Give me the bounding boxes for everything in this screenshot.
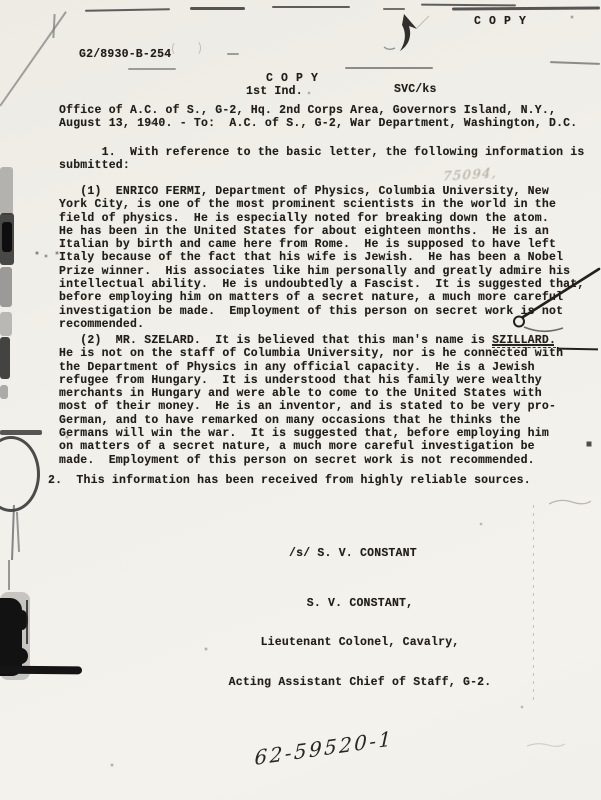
scuff-squiggle <box>548 496 592 508</box>
scan-speckles <box>0 0 2 2</box>
scuff-arc <box>172 41 183 56</box>
file-number: G2/8930-B-254 <box>79 48 171 61</box>
edge-stain <box>0 312 12 336</box>
pen-check-mark <box>382 10 430 58</box>
punch-ring-mark <box>0 436 40 512</box>
scan-streak <box>128 68 176 70</box>
edge-stain <box>0 267 12 307</box>
scuff-arc <box>190 40 201 56</box>
scan-streak <box>345 67 433 69</box>
signature-title: Acting Assistant Chief of Staff, G-2. <box>210 676 510 689</box>
pencil-annotation: 75094, <box>443 166 498 185</box>
edge-stain <box>0 337 10 379</box>
closing-paragraph: 2. This information has been received fr… <box>48 474 531 487</box>
address-block: Office of A.C. of S., G-2, Hq. 2nd Corps… <box>59 104 577 131</box>
edge-stain-dark <box>0 666 82 675</box>
with-underline <box>558 348 598 350</box>
signature-rank: Lieutenant Colonel, Cavalry, <box>210 636 510 649</box>
scanned-document-page: C O P Y G2/8930-B-254 C O P Y 1st Ind. S… <box>0 0 601 800</box>
signature-block: S. V. CONSTANT, Lieutenant Colonel, Cava… <box>210 570 510 716</box>
edge-stain <box>0 385 8 399</box>
scan-streak <box>85 8 170 11</box>
edge-scratch <box>8 560 10 590</box>
edge-scratch <box>26 600 28 644</box>
scan-streak <box>421 4 516 7</box>
edge-bar <box>0 430 42 435</box>
signed-initials-line: /s/ S. V. CONSTANT <box>289 547 417 560</box>
intro-paragraph: 1. With reference to the basic letter, t… <box>59 146 584 173</box>
scuff-squiggle <box>526 740 566 750</box>
scan-streak <box>383 8 405 10</box>
szilard-paragraph: (2) MR. SZELARD. It is believed that thi… <box>59 334 563 467</box>
szillard-underline-dashed <box>492 347 556 348</box>
edge-scratch <box>11 505 15 560</box>
edge-stain-dark <box>14 648 28 664</box>
pen-stroke-loop-mark <box>503 263 601 341</box>
szillard-underline-solid <box>492 344 554 346</box>
scan-streak <box>550 61 600 65</box>
edge-scratch <box>16 512 20 552</box>
scan-streak <box>227 53 239 55</box>
scan-streak <box>272 6 350 8</box>
copy-stamp-center: C O P Y <box>266 72 319 85</box>
scan-streak <box>452 6 600 10</box>
scan-streak <box>190 7 245 10</box>
endorsement-line: 1st Ind. <box>246 85 303 98</box>
corner-crease-line <box>0 11 67 106</box>
vertical-crease <box>533 505 534 700</box>
signature-name: S. V. CONSTANT, <box>210 597 510 610</box>
edge-stain-dark <box>0 598 22 676</box>
edge-stain <box>0 167 13 215</box>
typist-initials: SVC/ks <box>394 83 437 96</box>
copy-stamp-corner: C O P Y <box>474 15 527 28</box>
edge-stain <box>2 222 12 252</box>
handwritten-file-number: 62-59520-1 <box>254 726 394 770</box>
